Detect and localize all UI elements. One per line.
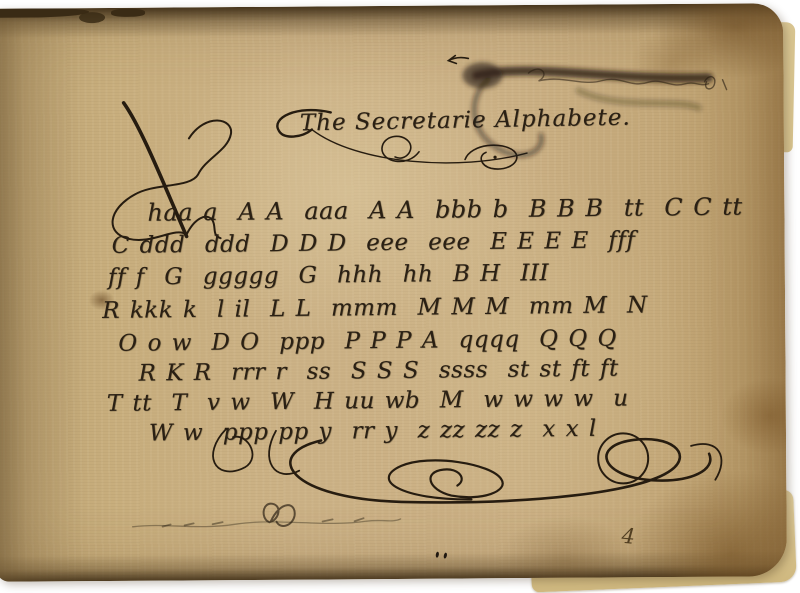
manuscript-page: The Secretarie Alphabete. haa a A A aaa …: [0, 3, 787, 582]
photo-of-manuscript: The Secretarie Alphabete. haa a A A aaa …: [0, 0, 800, 593]
alphabet-row-4: R kkk k l il L L mmm M M M mm M N: [102, 292, 648, 324]
owner-scribble: [126, 495, 406, 539]
torn-edge-fragment: [0, 8, 89, 18]
torn-edge-fragment: [79, 12, 105, 23]
alphabet-row-2: C ddd ddd D D D eee eee E E E E fff: [112, 227, 636, 258]
alphabet-row-1: haa a A A aaa A A bbb b B B B tt C C tt: [147, 192, 742, 226]
alphabet-row-6: R K R rrr r ss S S S ssss st st ft ft: [138, 356, 618, 387]
ink-dot: [435, 551, 439, 557]
ink-smudge: [458, 37, 759, 174]
alphabet-row-5: O o w D O ppp P P P A qqqq Q Q Q: [118, 326, 617, 357]
ink-dot: [443, 552, 447, 559]
page-number: 4: [621, 524, 636, 549]
alphabet-row-3: ff f G ggggg G hhh hh B H III: [108, 260, 549, 291]
torn-edge-fragment: [111, 9, 145, 17]
arrow-mark: [444, 51, 470, 67]
alphabet-row-7: T tt T v w W H uu wb M w w w w u: [107, 385, 629, 416]
